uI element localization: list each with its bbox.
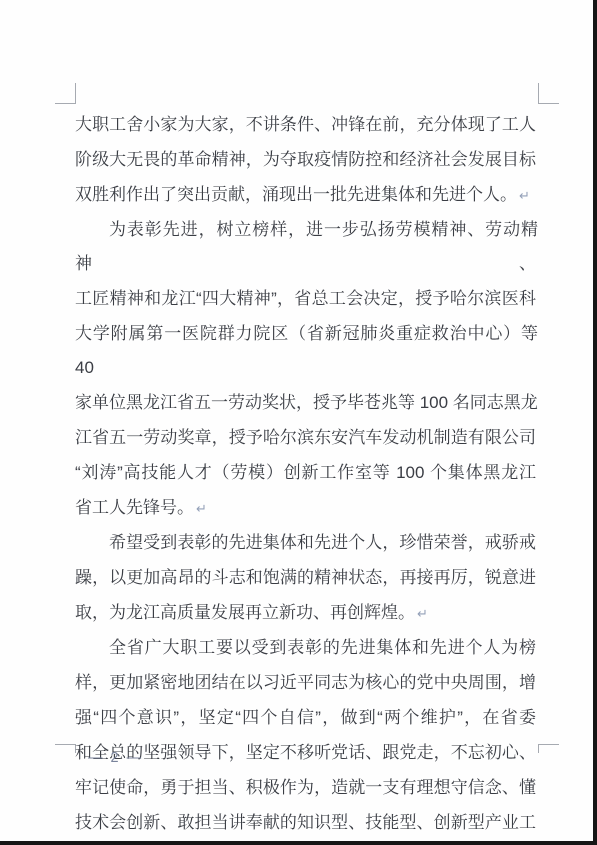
paragraph-mark: ↵ [417,606,428,621]
line-text: 为表彰先进，树立榜样，进一步弘扬劳模精神、劳动精神、 [75,220,538,273]
line-text: 躁，以更加高昂的斗志和饱满的精神状态，再接再厉，锐意进 [75,568,536,587]
page-number: — 2 — [88,750,143,766]
line-text: 大学附属第一医院群力院区（省新冠肺炎重症救治中心）等 40 [75,324,538,377]
line-text: 阶级大无畏的革命精神，为夺取疫情防控和经济社会发展目标 [75,150,536,169]
line-text: 希望受到表彰的先进集体和先进个人，珍惜荣誉，戒骄戒 [109,533,536,552]
text-line: 取，为龙江高质量发展再立新功、再创辉煌。↵ [75,596,538,631]
text-line: 强“四个意识”，坚定“四个自信”，做到“两个维护”，在省委 [75,701,538,736]
text-line: 牢记使命，勇于担当、积极作为，造就一支有理想守信念、懂 [75,771,538,806]
line-text: 和全总的坚强领导下，坚定不移听党话、跟党走，不忘初心、 [75,743,536,762]
text-line: 和全总的坚强领导下，坚定不移听党话、跟党走，不忘初心、 [75,736,538,771]
line-text: 取，为龙江高质量发展再立新功、再创辉煌。 [75,603,415,622]
text-line: 江省五一劳动奖章，授予哈尔滨东安汽车发动机制造有限公司 [75,421,538,456]
line-text: 样，更加紧密地团结在以习近平同志为核心的党中央周围，增 [75,673,536,692]
text-line: 省工人先锋号。↵ [75,491,538,526]
line-text: 双胜利作出了突出贡献，涌现出一批先进集体和先进个人。 [75,185,517,204]
line-text: “刘涛”高技能人才（劳模）创新工作室等 100 个集体黑龙江 [75,463,536,482]
line-text: 江省五一劳动奖章，授予哈尔滨东安汽车发动机制造有限公司 [75,428,536,447]
paragraph-mark: ↵ [196,501,207,516]
margin-corner-mark-top-right [538,83,559,104]
document-text-body: 大职工舍小家为大家，不讲条件、冲锋在前，充分体现了工人 阶级大无畏的革命精神，为… [75,108,538,841]
text-line: 阶级大无畏的革命精神，为夺取疫情防控和经济社会发展目标 [75,143,538,178]
text-line: 工匠精神和龙江“四大精神”，省总工会决定，授予哈尔滨医科 [75,282,538,317]
text-line: 双胜利作出了突出贡献，涌现出一批先进集体和先进个人。↵ [75,178,538,213]
line-text: 大职工舍小家为大家，不讲条件、冲锋在前，充分体现了工人 [75,115,536,134]
text-line: “刘涛”高技能人才（劳模）创新工作室等 100 个集体黑龙江 [75,456,538,491]
paragraph-mark: ↵ [519,188,530,203]
text-line: 全省广大职工要以受到表彰的先进集体和先进个人为榜 [75,631,538,666]
margin-corner-mark-top-left [55,83,76,104]
text-line: 技术会创新、敢担当讲奉献的知识型、技能型、创新型产业工 [75,806,538,841]
line-text: 省工人先锋号。 [75,498,194,517]
margin-corner-mark-bottom-right [538,744,559,753]
text-line: 希望受到表彰的先进集体和先进个人，珍惜荣誉，戒骄戒 [75,526,538,561]
text-line: 躁，以更加高昂的斗志和饱满的精神状态，再接再厉，锐意进 [75,561,538,596]
document-page: 大职工舍小家为大家，不讲条件、冲锋在前，充分体现了工人 阶级大无畏的革命精神，为… [0,0,597,845]
text-line: 为表彰先进，树立榜样，进一步弘扬劳模精神、劳动精神、 [75,213,538,282]
text-line: 样，更加紧密地团结在以习近平同志为核心的党中央周围，增 [75,666,538,701]
margin-corner-mark-bottom-left [55,744,76,753]
line-text: 技术会创新、敢担当讲奉献的知识型、技能型、创新型产业工 [75,813,536,832]
line-text: 家单位黑龙江省五一劳动奖状，授予毕苍兆等 100 名同志黑龙 [75,393,538,412]
line-text: 牢记使命，勇于担当、积极作为，造就一支有理想守信念、懂 [75,778,536,797]
text-line: 大学附属第一医院群力院区（省新冠肺炎重症救治中心）等 40 [75,317,538,386]
text-line: 大职工舍小家为大家，不讲条件、冲锋在前，充分体现了工人 [75,108,538,143]
text-line: 家单位黑龙江省五一劳动奖状，授予毕苍兆等 100 名同志黑龙 [75,386,538,421]
line-text: 工匠精神和龙江“四大精神”，省总工会决定，授予哈尔滨医科 [75,289,536,308]
line-text: 全省广大职工要以受到表彰的先进集体和先进个人为榜 [109,638,536,657]
line-text: 强“四个意识”，坚定“四个自信”，做到“两个维护”，在省委 [75,708,536,727]
